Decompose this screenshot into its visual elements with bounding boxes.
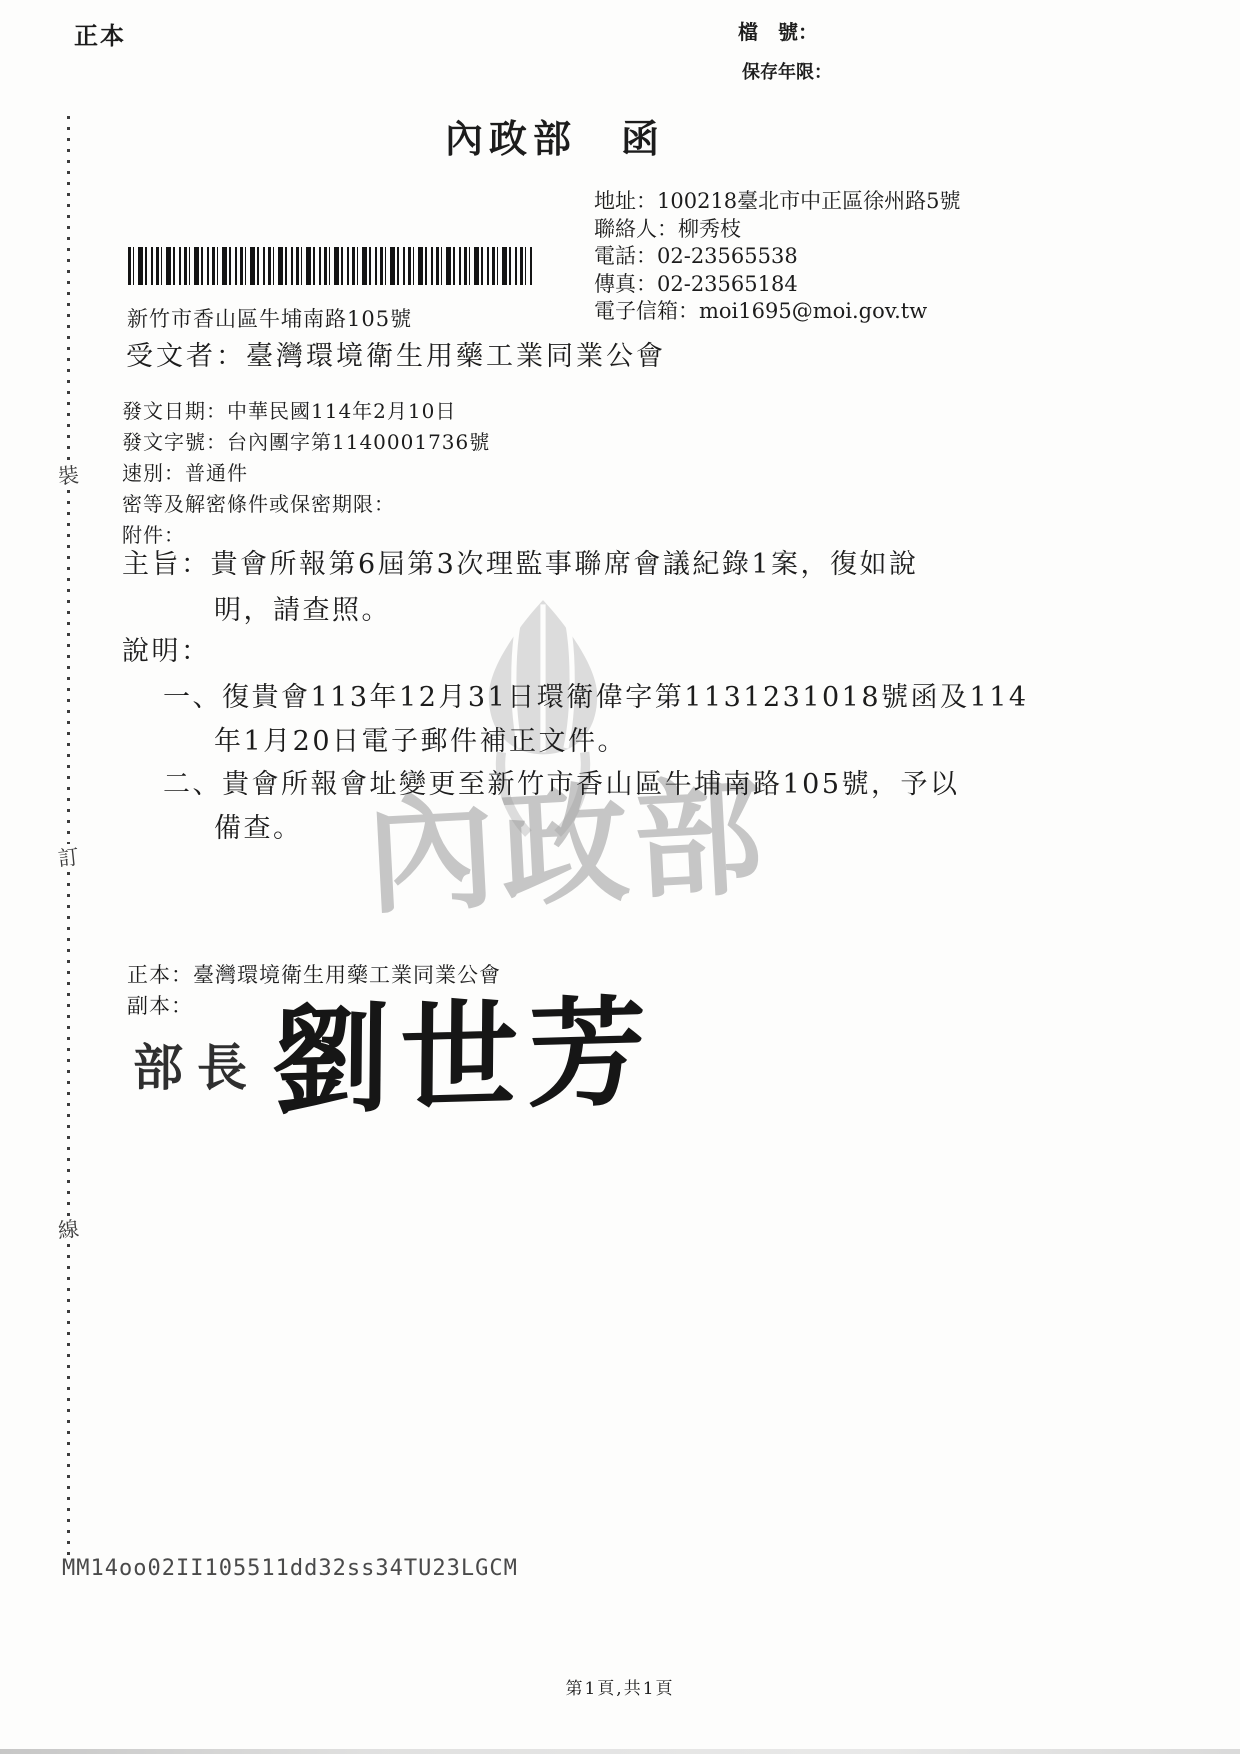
issue-number: 發文字號：台內團字第1140001736號 [122, 427, 490, 458]
binding-char-xian: 線 [56, 1215, 80, 1245]
binding-dotted-segment [67, 490, 70, 844]
distribution-copy: 副本： [127, 990, 193, 1020]
scan-edge-artifact [0, 1749, 1240, 1754]
document-meta-block: 發文日期：中華民國114年2月10日 發文字號：台內團字第1140001736號… [122, 396, 490, 551]
binding-dotted-segment [67, 116, 70, 462]
sender-contact-person: 聯絡人：柳秀枝 [594, 216, 961, 244]
binding-margin-line: 裝 訂 線 [56, 116, 80, 1560]
description-item2-line1: 二、貴會所報會址變更至新竹市香山區牛埔南路105號，予以 [163, 762, 960, 801]
official-letter-page: 正本 檔 號： 保存年限： 內政部 函 地址：100218臺北市中正區徐州路5號… [0, 0, 1240, 1754]
minister-signature: 劉世芳 [271, 957, 656, 1137]
barcode [128, 247, 532, 285]
binding-dotted-segment [67, 1244, 70, 1560]
subject-line-2: 明，請查照。 [214, 588, 391, 627]
page-number: 第1頁,共1頁 [0, 1674, 1240, 1699]
sender-contact-block: 地址：100218臺北市中正區徐州路5號 聯絡人：柳秀枝 電話：02-23565… [594, 188, 961, 326]
subject-line-1: 主旨：貴會所報第6屆第3次理監事聯席會議紀錄1案，復如說 [122, 542, 919, 581]
description-item1-line1: 一、復貴會113年12月31日環衛偉字第1131231018號函及114 [163, 675, 1029, 714]
binding-char-ding: 訂 [56, 843, 80, 873]
description-item2-line2: 備查。 [214, 806, 303, 845]
recipient-line: 受文者：臺灣環境衛生用藥工業同業公會 [126, 334, 666, 373]
description-label: 說明： [122, 629, 211, 668]
document-title: 內政部 函 [0, 108, 1110, 163]
binding-char-zhuang: 裝 [56, 461, 80, 491]
binding-dotted-segment [67, 872, 70, 1216]
issue-date: 發文日期：中華民國114年2月10日 [122, 396, 490, 427]
minister-title: 部長 [133, 1028, 261, 1100]
sender-address: 地址：100218臺北市中正區徐州路5號 [594, 188, 961, 216]
retention-period-label: 保存年限： [742, 58, 832, 84]
document-tracking-code: MM14oo02II105511dd32ss34TU23LGCM [62, 1556, 518, 1581]
sender-fax: 傳真：02-23565184 [594, 271, 961, 299]
sender-phone: 電話：02-23565538 [594, 243, 961, 271]
file-number-label: 檔 號： [738, 16, 818, 45]
security-class: 密等及解密條件或保密期限： [122, 489, 490, 520]
sender-email: 電子信箱：moi1695@moi.gov.tw [594, 298, 961, 326]
copy-type-label: 正本 [74, 16, 126, 51]
speed-class: 速別：普通件 [122, 458, 490, 489]
description-item1-line2: 年1月20日電子郵件補正文件。 [214, 719, 627, 758]
recipient-street-address: 新竹市香山區牛埔南路105號 [127, 303, 412, 333]
